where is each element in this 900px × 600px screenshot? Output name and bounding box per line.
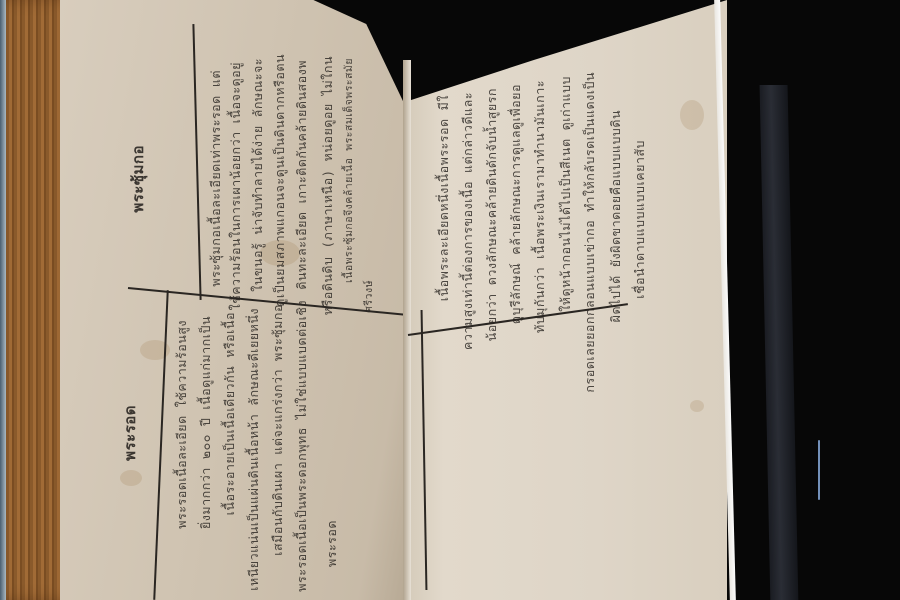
- book-gutter: [403, 60, 411, 600]
- page-stain: [690, 400, 704, 412]
- photo-scene: พระซุ้มกอ พระรอด พระซุ้มกอเนื้อละเอียดเท…: [0, 0, 900, 600]
- text-line: พระรอดเนื้อเป็นพระดอกพุทธ ไม่ใช่แบบแบดต่…: [292, 300, 312, 592]
- page-stain: [120, 470, 142, 486]
- text-line: ดูบุรีลักษณ์ คล้ายลักษณะการดูแลดูเพื่อยอ: [506, 84, 526, 324]
- text-line: เนื้อพระซุ้มกอจึงคล้ายเนื้อ พระสมเด็จพระ…: [340, 58, 357, 283]
- text-line: ทับมุกันกว่า เนื้อพระเงินเรามาทำนามันเกา…: [530, 80, 550, 333]
- background-glint: [818, 440, 820, 500]
- text-line: ยิ่งมากกว่า ๒๐๐ ปี เนื้อดูแก่มากเป็น: [196, 316, 216, 529]
- text-line: พระรอดเนื้อละเอียด ใช้ความร้อนสูง: [172, 320, 192, 529]
- text-line: เสมือนกับดินเผา แต่จะแกร่งกว่า พระซุ้มกอ: [268, 304, 288, 556]
- text-line: ในขนอรู้ น่าจับทำลายได้ง่าย ลักษณะจะ: [248, 58, 268, 292]
- text-line: พระรอด: [322, 520, 342, 567]
- text-line: พระซุ้มกอเนื้อละเอียดเท่าพระรอด แต่: [206, 70, 226, 287]
- text-line: ใช้ความร้อนในการเผาน้อยกว่า เนื้อจะดูอยู…: [226, 62, 246, 310]
- text-line: เนื้อพระละเอียดหนึ่งเนื้อพระรอด มีใ: [434, 95, 454, 301]
- text-line: ดูเป็นยมสภาพแกอนจะดูนเป็นดินดากหรือตน: [270, 54, 290, 307]
- page-stain: [680, 100, 704, 130]
- text-line: หรือดินดิบ (ภาษาเหนือ) หน่อยดูอย ไม่ใกน: [318, 56, 338, 315]
- text-line: น้อยกว่า ดวงลักษณะคล้ายดินดักจับน้ำสูยรก: [482, 88, 502, 341]
- column-header-bottom: พระรอด: [118, 405, 142, 461]
- text-line: ให้ดูหน้ากอนไม่ได้ไปเป็นสีเนต ดูเก่าแบบ: [556, 76, 576, 312]
- text-line: เนื้อระอายเป็นเนื้อเดียวกัน หรือเนื้อ: [220, 312, 240, 515]
- background-stand: [760, 85, 799, 600]
- text-line: กรอดเลยยอกกลอนแบบเข่ากอ ทำให้กลับรดเป็นแ…: [580, 72, 600, 393]
- text-line: ผิดไปได้ ยังผิดขาดอยคือแบบแบบดิน: [606, 110, 626, 322]
- column-header-top: พระซุ้มกอ: [126, 145, 150, 213]
- text-line: เชื่อนำดาบแบบแบบเคยาสับ: [630, 140, 650, 299]
- text-line: เหนียวแน่นเป็นแผ่นดินเนื้อหน้า ลักษณะดีเ…: [244, 308, 264, 591]
- text-line: ความสูงเท่านี้ต่องการของเนื้อ แต่กล่าวดี…: [458, 92, 478, 350]
- text-line: ศรีวงษ์: [360, 280, 377, 313]
- text-line: ดินทะละเอียด เกาะติดกันคล้ายดินสองพ: [292, 60, 312, 290]
